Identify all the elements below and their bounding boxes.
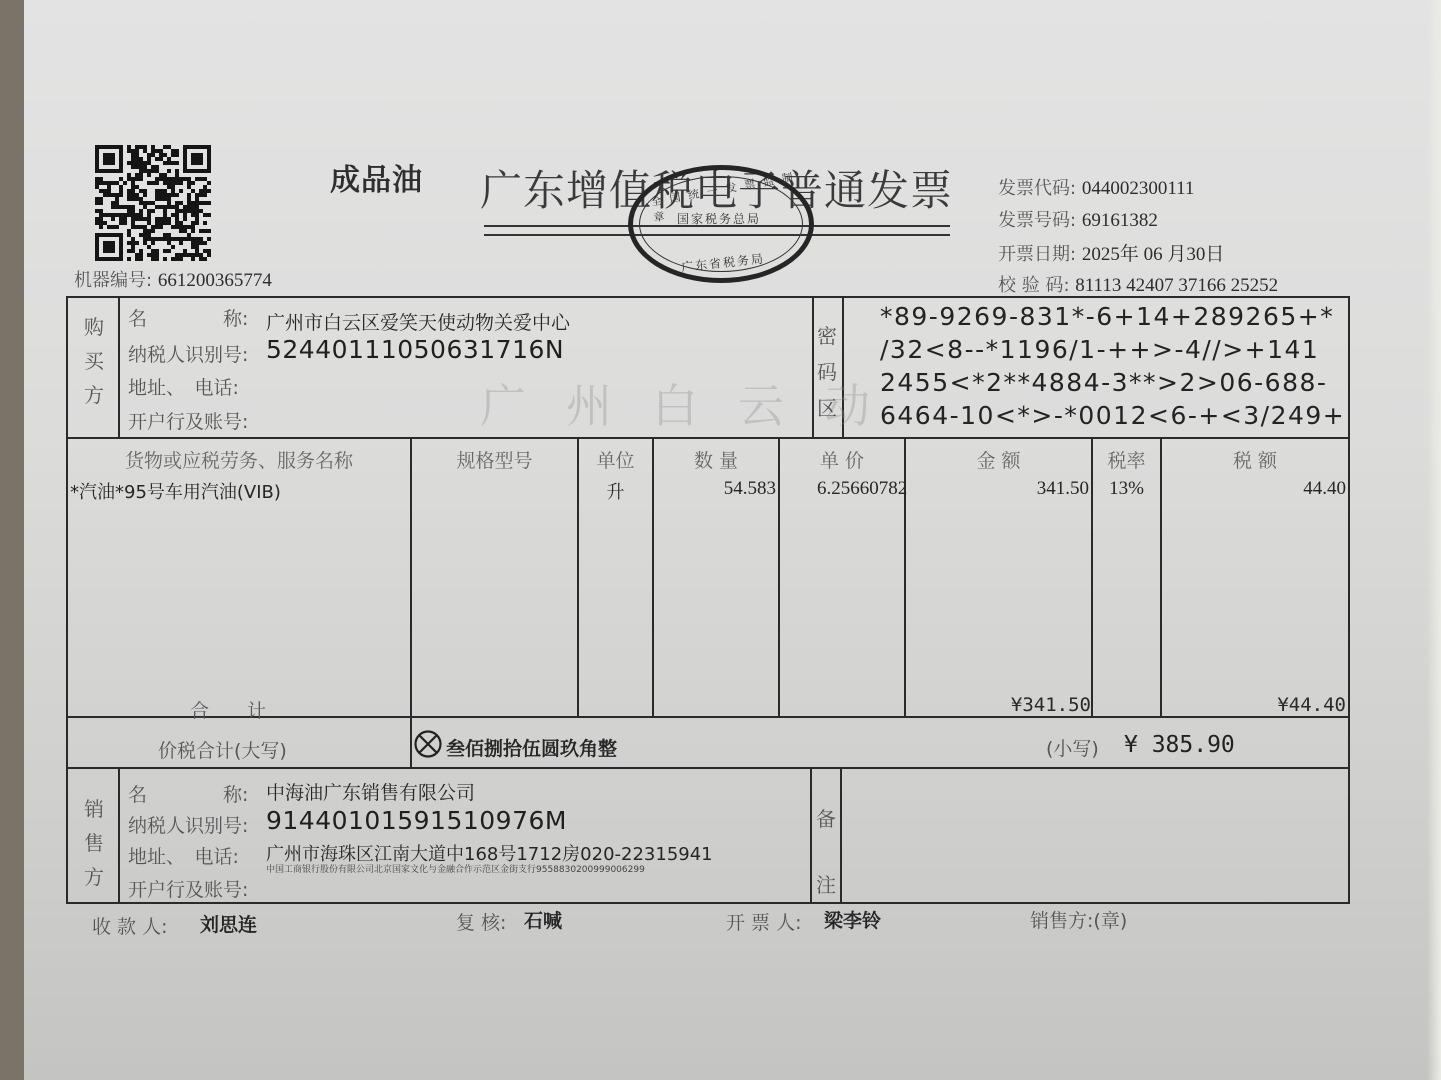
item-name: *汽油*95号车用汽油(VIB)	[70, 478, 281, 504]
seller-stamp-label: 销售方:(章)	[1030, 906, 1127, 933]
invoice-date: 开票日期: 2025年 06 月30日	[998, 239, 1224, 266]
item-unit: 升	[579, 478, 652, 504]
payee-label: 收 款 人:	[92, 912, 167, 939]
total-amount: ¥341.50	[906, 694, 1091, 716]
seller-taxid-label: 纳税人识别号:	[128, 811, 248, 838]
header-unit: 单位	[579, 446, 652, 473]
invoice-category: 成品油	[330, 155, 423, 199]
seller-address-label: 地址、 电话:	[128, 842, 239, 869]
buyer-taxid: 52440111050631716N	[266, 335, 564, 364]
buyer-section-label: 购 买 方	[82, 310, 106, 412]
item-tax-rate: 13%	[1093, 478, 1160, 500]
invoice-number: 发票号码: 69161382	[998, 206, 1158, 232]
buyer-label-char: 买	[82, 344, 106, 378]
header-tax: 税 额	[1162, 446, 1348, 473]
header-tax-rate: 税率	[1093, 446, 1160, 473]
table-border	[66, 902, 1350, 904]
buyer-bank-label: 开户行及账号:	[128, 407, 248, 434]
seller-label-char: 方	[82, 860, 106, 894]
item-quantity: 54.583	[654, 478, 776, 500]
cipher-line: /32<8--*1196/1-++>-4//>+141	[880, 335, 1319, 364]
cipher-section-label: 密 码 区	[815, 318, 839, 426]
grand-total-value: ¥ 385.90	[1124, 732, 1235, 758]
machine-number: 机器编号: 661200365774	[74, 266, 272, 292]
item-amount: 341.50	[906, 478, 1089, 500]
table-border	[410, 437, 412, 768]
buyer-taxid-label: 纳税人识别号:	[128, 340, 248, 367]
table-border	[118, 767, 120, 903]
total-label: 合 计	[190, 696, 266, 723]
check-code: 校 验 码: 81113 42407 37166 25252	[998, 271, 1278, 297]
table-border	[66, 767, 1350, 769]
invoice-code-label: 发票代码:	[998, 178, 1076, 199]
cipher-label-char: 码	[815, 354, 839, 390]
table-border	[1348, 296, 1350, 904]
seller-name: 中海油广东销售有限公司	[266, 778, 475, 805]
seller-section-label: 销 售 方	[82, 792, 106, 894]
table-border	[66, 296, 68, 904]
check-code-value: 81113 42407 37166 25252	[1075, 275, 1278, 296]
seller-label-char: 售	[82, 826, 106, 860]
qr-code-icon	[94, 145, 212, 261]
seal-middle-text: 国家税务总局	[677, 210, 761, 227]
buyer-name: 广州市白云区爱笑天使动物关爱中心	[266, 308, 570, 335]
seller-bank: 中国工商银行股份有限公司北京国家文化与金融合作示范区金街支行9558830200…	[266, 862, 645, 875]
payee-name: 刘思连	[200, 910, 257, 937]
buyer-name-label: 名 称:	[128, 304, 248, 331]
header-amount: 金 额	[906, 446, 1091, 473]
grand-total-small-label: (小写)	[1046, 734, 1099, 761]
table-border	[118, 296, 120, 438]
table-border	[66, 437, 1350, 439]
table-border	[810, 767, 812, 903]
pencil-handwriting: 广州白云动	[480, 370, 910, 436]
cipher-label-char: 密	[815, 318, 839, 354]
item-tax: 44.40	[1162, 478, 1346, 500]
circled-x-icon	[413, 729, 443, 759]
seller-bank-label: 开户行及账号:	[128, 875, 248, 902]
remarks-section-label: 备 注	[814, 786, 838, 918]
grand-total-label: 价税合计(大写)	[158, 736, 287, 763]
invoice-code: 发票代码: 044002300111	[998, 174, 1194, 200]
buyer-label-char: 购	[82, 310, 106, 344]
header-unit-price: 单 价	[780, 446, 904, 473]
item-unit-price: 6.25660782	[817, 478, 907, 500]
seller-taxid: 91440101591510976M	[266, 806, 567, 835]
header-spec: 规格型号	[412, 446, 577, 473]
cipher-line: *89-9269-831*-6+14+289265+*	[880, 302, 1334, 331]
buyer-address-label: 地址、 电话:	[128, 373, 239, 400]
grand-total-words: 叁佰捌拾伍圆玖角整	[446, 734, 617, 761]
table-border	[66, 296, 1350, 298]
reviewer-name: 石喊	[524, 906, 562, 933]
reviewer-label: 复 核:	[456, 908, 506, 935]
issuer-name: 梁李铃	[824, 906, 881, 933]
machine-number-label: 机器编号:	[74, 270, 152, 291]
official-seal-stamp: 全国统一发票监制章 国家税务总局 广东省税务局	[628, 165, 814, 283]
cipher-line: 2455<*2**4884-3**>2>06-688-	[880, 368, 1327, 397]
table-border	[840, 767, 842, 903]
buyer-label-char: 方	[82, 378, 106, 412]
table-border	[778, 437, 780, 717]
issuer-label: 开 票 人:	[726, 908, 801, 935]
remarks-label-char: 备	[814, 786, 838, 852]
seller-label-char: 销	[82, 792, 106, 826]
invoice-number-value: 69161382	[1082, 210, 1158, 231]
invoice-code-value: 044002300111	[1082, 178, 1195, 199]
seller-name-label: 名 称:	[128, 780, 248, 807]
total-tax: ¥44.40	[1162, 694, 1346, 716]
invoice-date-label: 开票日期:	[998, 244, 1076, 265]
header-quantity: 数 量	[654, 446, 778, 473]
cipher-label-char: 区	[815, 390, 839, 426]
header-item-name: 货物或应税劳务、服务名称	[68, 446, 410, 473]
machine-number-value: 661200365774	[158, 270, 272, 291]
check-code-label: 校 验 码:	[998, 275, 1070, 296]
invoice-date-value: 2025年 06 月30日	[1082, 244, 1225, 265]
invoice-number-label: 发票号码:	[998, 210, 1076, 231]
cipher-line: 6464-10<*>-*0012<6-+<3/249+	[880, 401, 1345, 430]
